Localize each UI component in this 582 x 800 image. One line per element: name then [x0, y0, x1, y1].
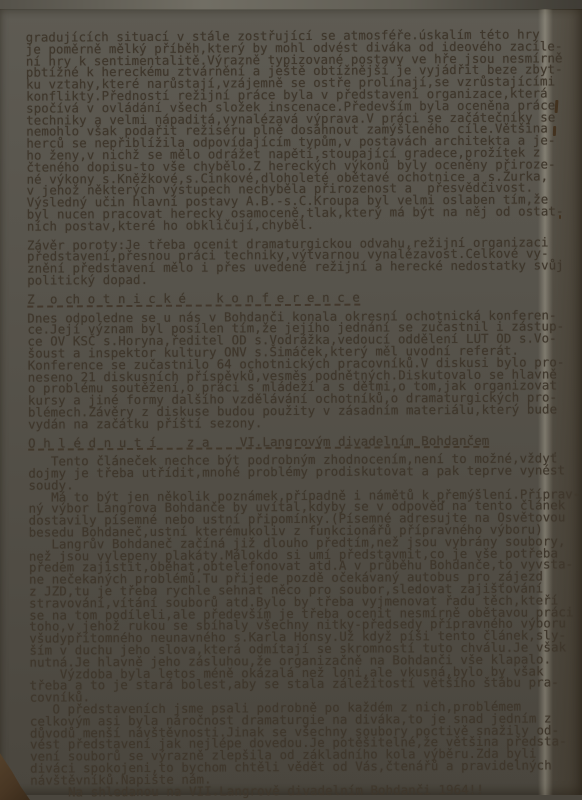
paragraph: gradujících situací v stále zostřující s…	[26, 28, 561, 232]
section-heading: O h l é d n u t í z a VI.Langrovým divad…	[28, 434, 489, 451]
ink-mark	[553, 126, 556, 136]
paragraph: Závěr poroty:Je třeba ocenit dramaturgic…	[27, 236, 561, 286]
text-line: ních postav,které ho obkličují,chyběl.	[27, 217, 561, 232]
section-heading: Z o ch o t n i c k é k o n f e r e n c e	[27, 291, 360, 307]
ink-mark	[559, 215, 561, 219]
text-line: Na shledanou na VII.Langrově divadelním …	[30, 783, 564, 798]
section-heading-row: Z o ch o t n i c k é k o n f e r e n c e	[27, 290, 561, 307]
paragraph: Tento článeček nechce být podrobným zhod…	[28, 453, 564, 798]
document-body: gradujících situací v stále zostřující s…	[26, 28, 565, 800]
text-line: třeba a to je stará bolest,aby se stala …	[30, 677, 564, 692]
section-heading-row: O h l é d n u t í z a VI.Langrovým divad…	[28, 434, 562, 451]
paragraph: Dnes odpoledne se u nás v Bohdanči konal…	[27, 309, 562, 430]
text-line: dojmy je třeba utřídit,mnohé problémy pr…	[28, 464, 562, 479]
